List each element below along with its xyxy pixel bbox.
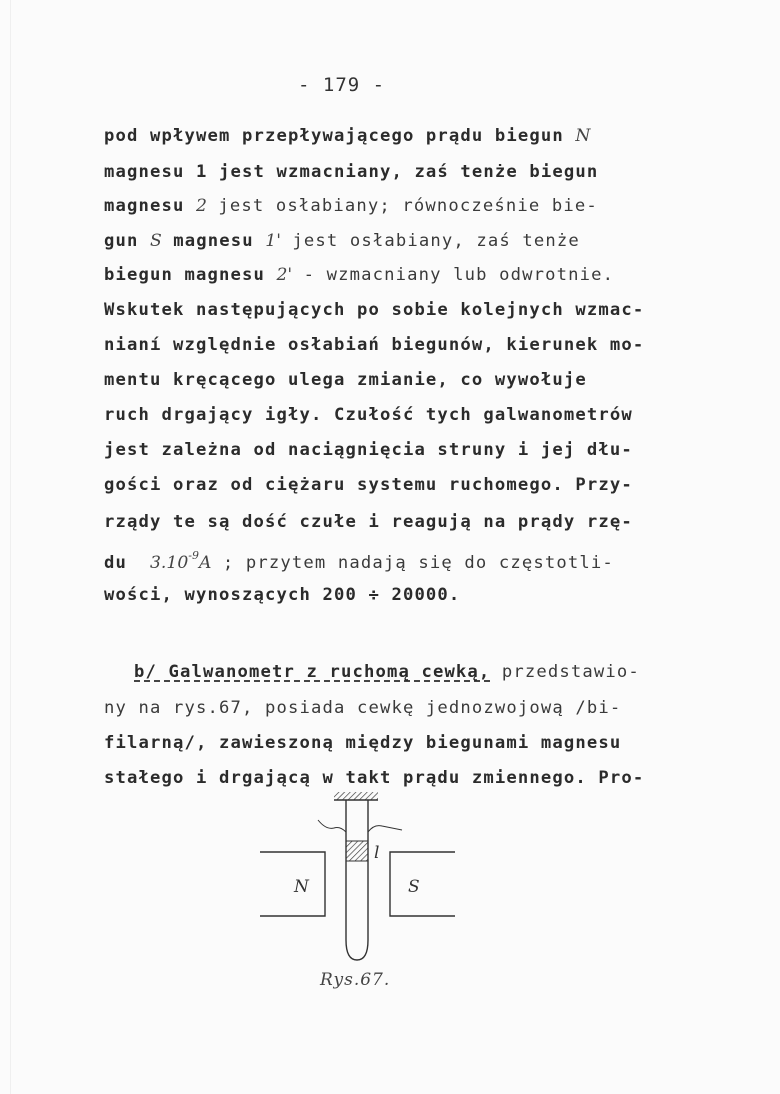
moving-coil-diagram: N S l bbox=[250, 790, 470, 970]
text-line: filarną/, zawieszoną między biegunami ma… bbox=[104, 733, 621, 753]
text-line: magnesu 1 jest wzmacniany, zaś tenże bie… bbox=[104, 162, 598, 182]
text-line-formula: du 3.10-9A ; przytem nadają się do częst… bbox=[104, 549, 614, 573]
text-line: gun S magnesu 1' jest osłabiany, zaś ten… bbox=[104, 231, 580, 251]
coil-loop bbox=[346, 800, 368, 960]
text-line: nianí względnie osłabiań biegunów, kieru… bbox=[104, 335, 644, 355]
page-edge bbox=[10, 0, 11, 1094]
text-line: biegun magnesu 2' - wzmacniany lub odwro… bbox=[104, 265, 614, 285]
text-line: rządy te są dość czułe i reagują na prąd… bbox=[104, 512, 633, 532]
galvanometer-figure: N S l bbox=[250, 790, 470, 1000]
text-line: ruch drgający igły. Czułość tych galwano… bbox=[104, 405, 633, 425]
suspension-hatch bbox=[334, 792, 378, 800]
text-line: pod wpływem przepływającego prądu biegun… bbox=[104, 126, 590, 146]
svg-text:S: S bbox=[408, 877, 420, 897]
svg-text:N: N bbox=[293, 877, 310, 897]
south-pole bbox=[390, 852, 455, 916]
north-pole bbox=[260, 852, 325, 916]
text-line: Wskutek następujących po sobie kolejnych… bbox=[104, 300, 644, 320]
text-line: wości, wynoszących 200 ÷ 20000. bbox=[104, 585, 460, 605]
section-heading-line: b/ Galwanometr z ruchomą cewką, przedsta… bbox=[134, 662, 640, 682]
text-line: ny na rys.67, posiada cewkę jednozwojową… bbox=[104, 698, 621, 718]
text-line: gości oraz od ciężaru systemu ruchomego.… bbox=[104, 475, 633, 495]
figure-caption: Rys.67. bbox=[320, 970, 390, 990]
text-line: jest zależna od naciągnięcia struny i je… bbox=[104, 440, 633, 460]
page-number: - 179 - bbox=[298, 74, 385, 96]
section-heading: b/ Galwanometr z ruchomą cewką, bbox=[134, 662, 490, 682]
text-line: mentu kręcącego ulega zmianie, co wywołu… bbox=[104, 370, 587, 390]
text-line: magnesu 2 jest osłabiany; równocześnie b… bbox=[104, 196, 598, 216]
text-line: stałego i drgającą w takt prądu zmienneg… bbox=[104, 768, 644, 788]
coil-element bbox=[346, 841, 368, 861]
svg-text:l: l bbox=[374, 843, 379, 863]
